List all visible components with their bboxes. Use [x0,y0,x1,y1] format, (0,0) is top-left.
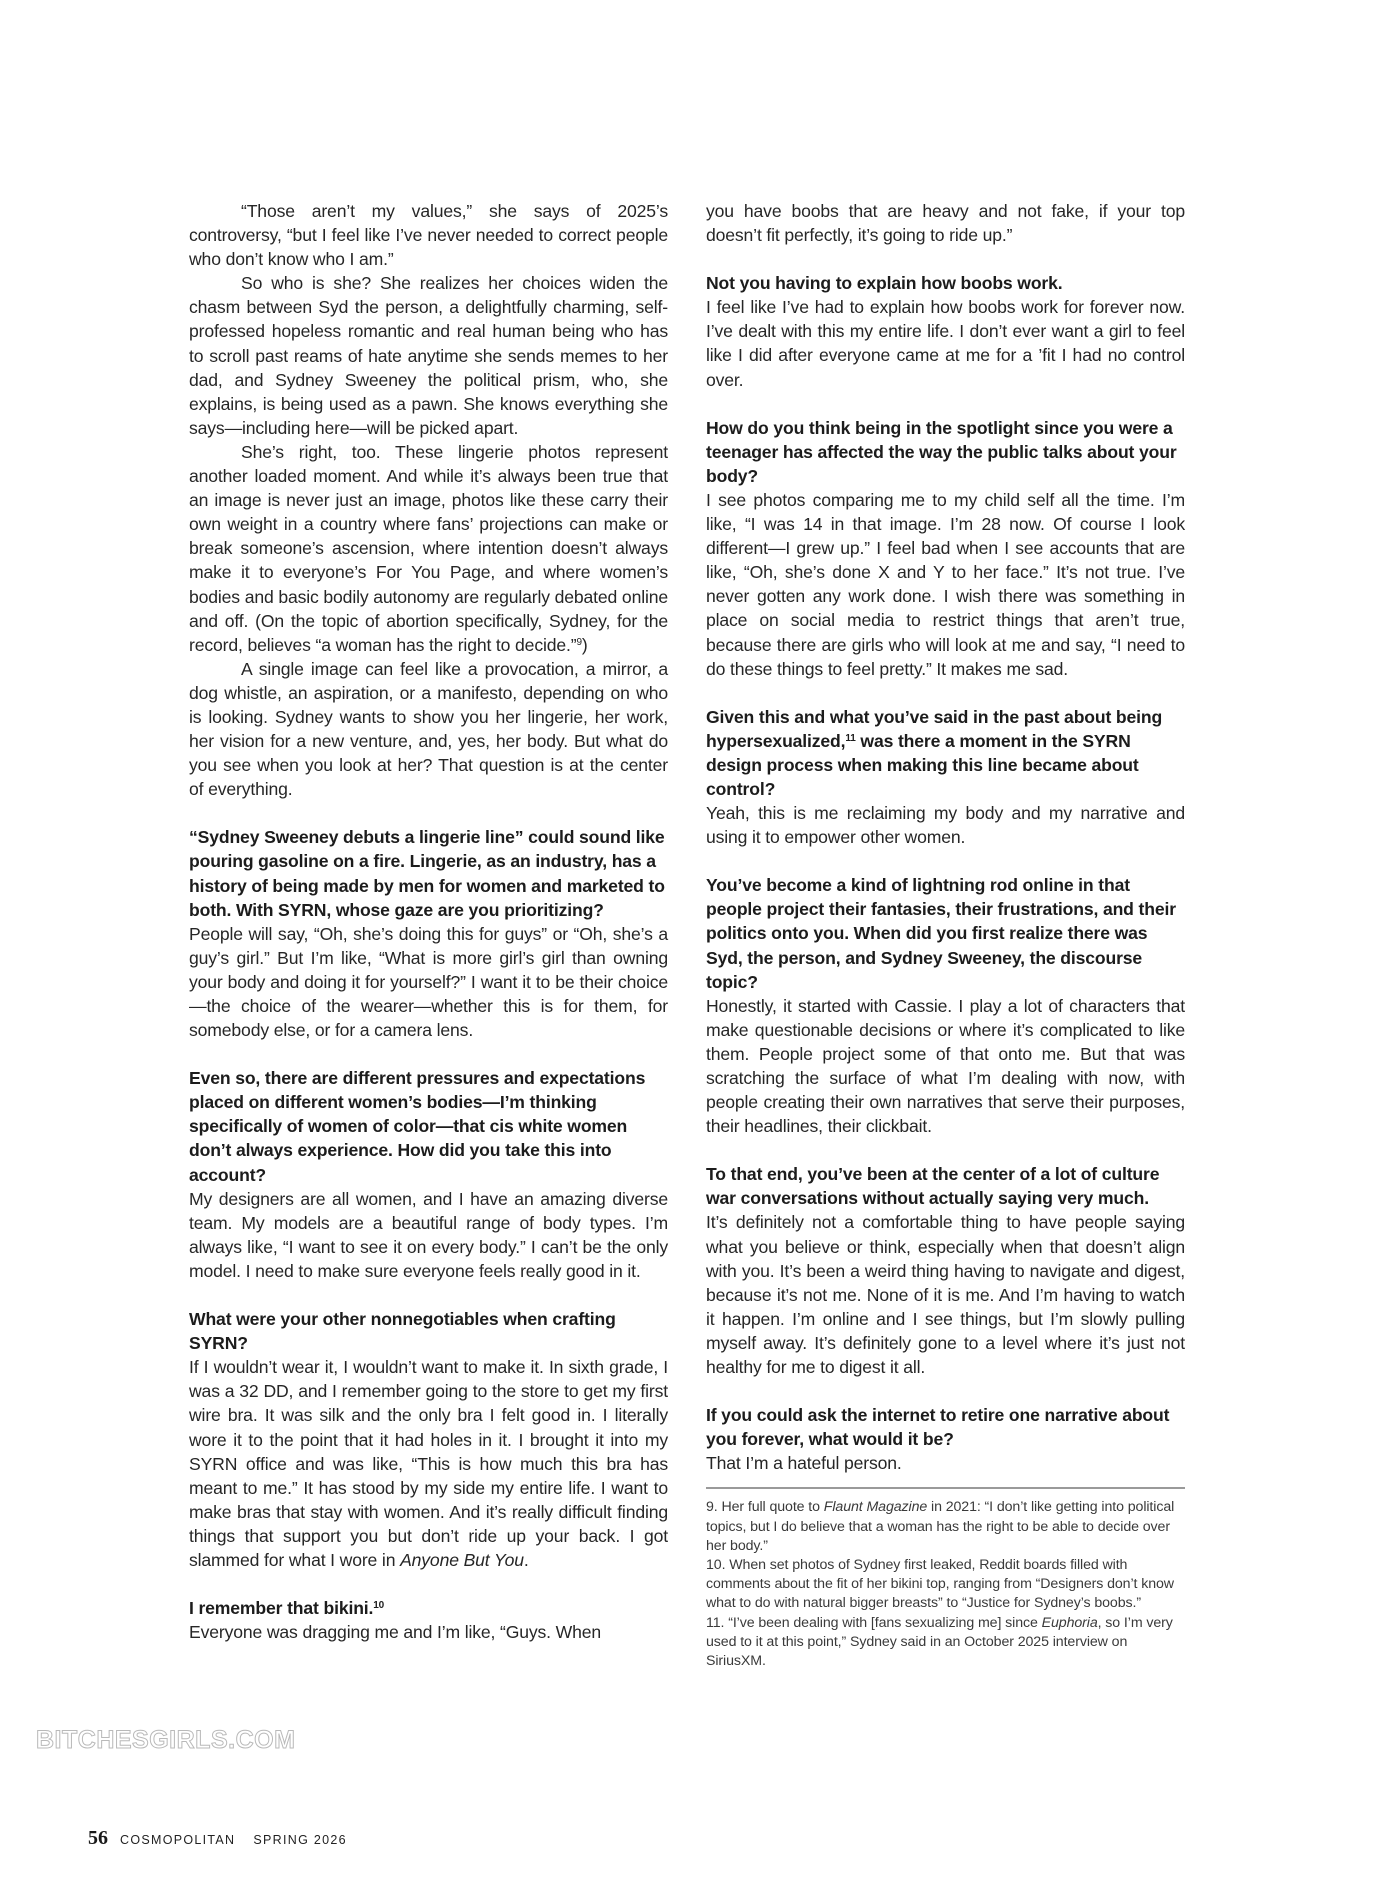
footnotes: 9. Her full quote to Flaunt Magazine in … [706,1498,1185,1671]
right-column: you have boobs that are heavy and not fa… [706,199,1185,1671]
page-number: 56 [88,1827,108,1850]
answer-continuation: you have boobs that are heavy and not fa… [706,199,1185,247]
interview-answer: It’s definitely not a comfortable thing … [706,1210,1185,1379]
interview-question: Not you having to explain how boobs work… [706,271,1185,295]
interview-question: I remember that bikini.10 [189,1596,668,1620]
magazine-name: COSMOPOLITAN [120,1833,235,1847]
body-paragraph: A single image can feel like a provocati… [189,657,668,802]
interview-answer: People will say, “Oh, she’s doing this f… [189,922,668,1042]
interview-answer: My designers are all women, and I have a… [189,1187,668,1283]
interview-question: Even so, there are different pressures a… [189,1066,668,1186]
interview-answer: If I wouldn’t wear it, I wouldn’t want t… [189,1355,668,1572]
issue-date: SPRING 2026 [253,1833,347,1847]
page-footer: 56 COSMOPOLITAN SPRING 2026 [88,1827,347,1850]
footnote-reference[interactable]: 10 [373,1600,384,1611]
body-paragraph: She’s right, too. These lingerie photos … [189,440,668,657]
interview-answer: Honestly, it started with Cassie. I play… [706,994,1185,1139]
interview-question: What were your other nonnegotiables when… [189,1307,668,1355]
interview-answer: I see photos comparing me to my child se… [706,488,1185,681]
interview-question: If you could ask the internet to retire … [706,1403,1185,1451]
footnote-reference[interactable]: 11 [845,733,855,744]
footnote-reference[interactable]: 9 [576,637,581,648]
footnote-10: 10. When set photos of Sydney first leak… [706,1556,1185,1614]
body-paragraph: “Those aren’t my values,” she says of 20… [189,199,668,271]
interview-answer: Everyone was dragging me and I’m like, “… [189,1620,668,1644]
interview-answer: That I’m a hateful person. [706,1451,1185,1475]
interview-answer: I feel like I’ve had to explain how boob… [706,295,1185,391]
interview-answer: Yeah, this is me reclaiming my body and … [706,801,1185,849]
interview-question: “Sydney Sweeney debuts a lingerie line” … [189,825,668,921]
interview-question: How do you think being in the spotlight … [706,416,1185,488]
footnote-divider [706,1487,1185,1489]
body-paragraph: So who is she? She realizes her choices … [189,271,668,440]
footnote-11: 11. “I’ve been dealing with [fans sexual… [706,1614,1185,1672]
film-title: Anyone But You [400,1550,524,1570]
interview-question: To that end, you’ve been at the center o… [706,1162,1185,1210]
interview-question: You’ve become a kind of lightning rod on… [706,873,1185,993]
interview-question: Given this and what you’ve said in the p… [706,705,1185,801]
left-column: “Those aren’t my values,” she says of 20… [189,199,668,1644]
footnote-9: 9. Her full quote to Flaunt Magazine in … [706,1498,1185,1556]
watermark: BITCHESGIRLS.COM [36,1726,295,1755]
